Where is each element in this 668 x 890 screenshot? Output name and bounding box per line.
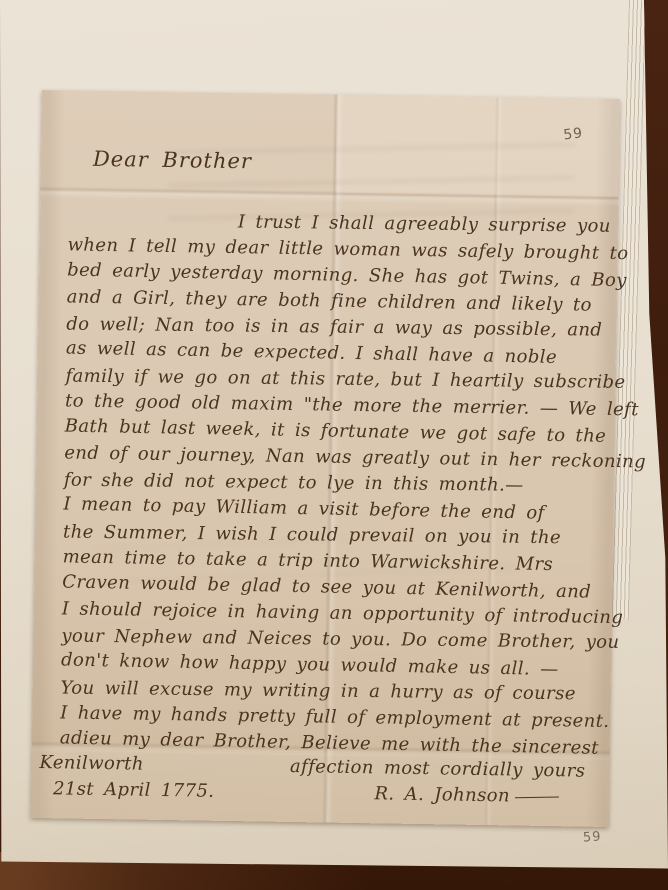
closing-place: Kenilworth [39, 750, 215, 779]
photograph-of-letter: 59 59 Dear Brother I trust I shall agree… [0, 0, 668, 890]
signature-text: R. A. Johnson [374, 783, 510, 806]
closing-valediction-signature: affection most cordially yours R. A. Joh… [289, 754, 593, 811]
album-page: 59 59 Dear Brother I trust I shall agree… [0, 0, 668, 872]
signature-flourish [515, 796, 559, 798]
salutation: Dear Brother [93, 147, 603, 179]
letter-text: Dear Brother I trust I shall agreeably s… [31, 90, 620, 827]
signature: R. A. Johnson [289, 780, 559, 810]
letter-sheet: 59 Dear Brother I trust I shall agreeabl… [31, 90, 620, 827]
archive-number-bottom: 59 [582, 829, 602, 845]
closing-date: 21st April 1775. [53, 776, 215, 805]
closing-place-date: Kenilworth 21st April 1775. [39, 750, 215, 805]
letter-body: I trust I shall agreeably surprise you w… [60, 206, 603, 760]
book-page-edges [612, 0, 646, 620]
